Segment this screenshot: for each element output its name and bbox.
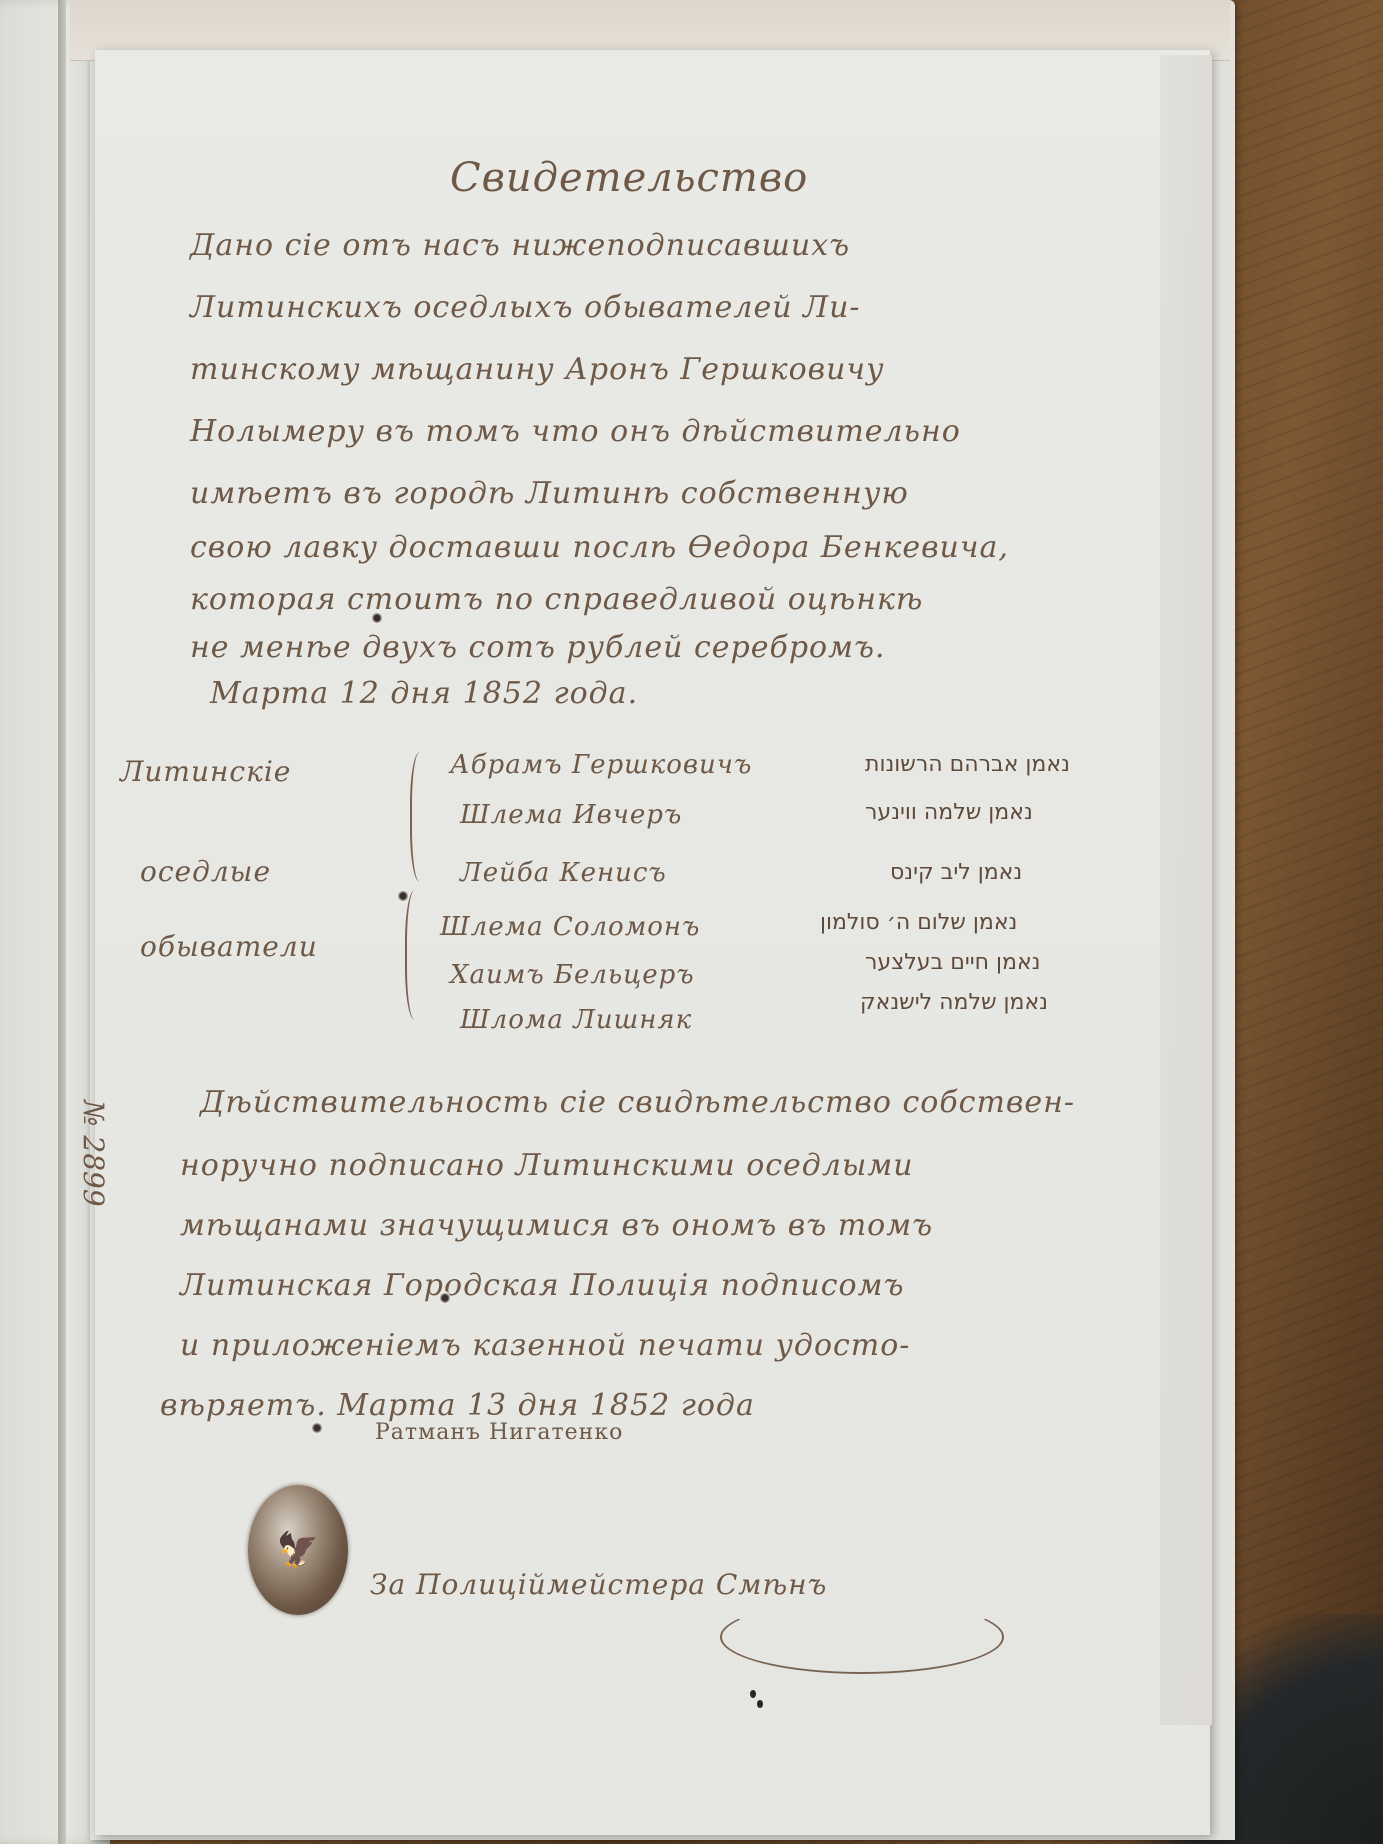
russian-signer-4: Шлема Соломонъ: [440, 912, 700, 942]
police-signature: За Полиціймейстера Смѣнъ: [370, 1568, 827, 1601]
double-headed-eagle-icon: 🦅: [277, 1530, 319, 1570]
paper-hole: [398, 888, 408, 904]
paper-hole: [440, 1290, 450, 1306]
hebrew-signer-4: נאמן שלום ה׳ סולמון: [820, 910, 1017, 935]
certification-line-4: Литинская Городская Полиція подписомъ: [180, 1268, 904, 1303]
russian-signer-1: Абрамъ Гершковичъ: [450, 750, 752, 780]
certification-line-2: норучно подписано Литинскими оседлыми: [180, 1148, 914, 1183]
paper-hole: [312, 1420, 322, 1436]
main-text-line-2: Литинскихъ оседлыхъ обывателей Ли-: [190, 290, 861, 325]
hebrew-signer-1: נאמן אברהם הרשונות: [865, 752, 1070, 777]
hebrew-signer-5: נאמן חיים בעלצער: [865, 950, 1040, 975]
russian-signer-3: Лейба Кенисъ: [460, 858, 667, 888]
hebrew-signer-6: נאמן שלמה לישנאק: [860, 990, 1048, 1015]
signature-flourish: [720, 1600, 1004, 1674]
hebrew-signer-2: נאמן שלמה ווינער: [865, 800, 1033, 825]
main-text-line-8: не менѣе двухъ сотъ рублей серебромъ.: [190, 630, 886, 665]
main-text-line-1: Дано сіе отъ насъ нижеподписавшихъ: [190, 228, 850, 263]
document-title: Свидетельство: [450, 155, 808, 201]
signers-label-line-3: обыватели: [140, 930, 318, 963]
main-text-line-4: Нолымеру въ томъ что онъ дѣйствительно: [190, 414, 961, 449]
paper-right-edge: [1160, 55, 1212, 1725]
certification-line-6: вѣряетъ. Марта 13 дня 1852 года: [160, 1388, 755, 1423]
main-text-line-7: которая стоитъ по справедливой оцѣнкѣ: [190, 582, 923, 617]
margin-registry-number: № 2899: [77, 1100, 110, 1207]
signers-label-line-1: Литинскіе: [120, 755, 291, 788]
hebrew-signer-3: נאמן ליב קינס: [890, 860, 1022, 885]
police-seal: 🦅: [248, 1485, 348, 1615]
signers-label-line-2: оседлые: [140, 855, 271, 888]
main-text-line-6: свою лавку доставши послѣ Ѳедора Бенкеви…: [190, 530, 1009, 565]
bracket-lower: [405, 890, 429, 1020]
official-name: Ратманъ Нигатенко: [375, 1420, 623, 1445]
certification-line-3: мѣщанами значущимися въ ономъ въ томъ: [180, 1208, 933, 1243]
bracket-upper: [410, 752, 434, 882]
ink-spot: [750, 1690, 756, 1698]
main-text-date-line: Марта 12 дня 1852 года.: [210, 676, 638, 711]
russian-signer-5: Хаимъ Бельцеръ: [450, 960, 695, 990]
paper-hole: [372, 610, 382, 626]
russian-signer-2: Шлема Ивчеръ: [460, 800, 682, 830]
ink-spot: [757, 1700, 763, 1708]
main-text-line-5: имѣетъ въ городѣ Литинѣ собственную: [190, 476, 909, 511]
book-gutter: [58, 0, 66, 1844]
certification-line-5: и приложеніемъ казенной печати удосто-: [180, 1328, 910, 1363]
main-text-line-3: тинскому мѣщанину Аронъ Гершковичу: [190, 352, 885, 387]
russian-signer-6: Шлома Лишняк: [460, 1005, 692, 1035]
certification-line-1: Дѣйствительность сіе свидѣтельство собст…: [200, 1085, 1075, 1120]
